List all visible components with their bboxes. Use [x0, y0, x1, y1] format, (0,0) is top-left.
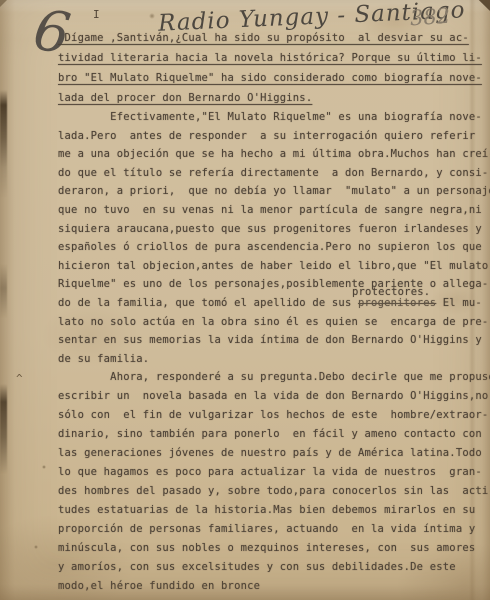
typed-line: y amoríos, con sus excelsitudes y con su…: [58, 558, 484, 577]
typed-line: lada del procer don Bernardo O'Higgins.: [58, 88, 484, 108]
typed-text-block: Dígame ,Santiván,¿Cual ha sido su propós…: [58, 28, 484, 596]
typed-line: dinario, sino también para ponerlo en fá…: [58, 425, 484, 444]
typed-line: me a una objeción que se ha hecho a mi ú…: [58, 145, 484, 164]
answer-paragraph-1a: Efectivamente,"El Mulato Riquelme" es un…: [58, 108, 484, 294]
typed-line: hicieron tal objecion,antes de haber lei…: [58, 257, 484, 276]
question-paragraph: Dígame ,Santiván,¿Cual ha sido su propós…: [58, 28, 484, 108]
section-numeral: I: [93, 8, 100, 21]
typed-line: lada.Pero antes de responder a su interr…: [58, 127, 484, 146]
answer-paragraph-2: Ahora, responderé a su pregunta.Debo dec…: [58, 368, 484, 596]
correction-text-after: El mu-: [436, 297, 482, 309]
struck-word: progenitores: [358, 297, 436, 309]
typed-line: Efectivamente,"El Mulato Riquelme" es un…: [58, 108, 484, 127]
correction-text-before: do de la familia, que tomó el apellido d…: [58, 297, 358, 309]
typed-line: des hombres del pasado y, sobre todo,par…: [58, 482, 484, 501]
insertion-caret-mark: ^: [16, 372, 23, 385]
struck-word-wrap: protectores.progenitores: [358, 294, 436, 313]
typed-line: las generaciones jóvenes de nuestro país…: [58, 444, 484, 463]
typed-line: escribir un novela basada en la vida de …: [58, 387, 484, 406]
handwritten-folio-number: 382: [409, 4, 451, 31]
answer-paragraph-1b: lato no solo actúa en la obra sino él es…: [58, 313, 484, 369]
typed-line: que no tuvo en su venas ni la menor part…: [58, 201, 484, 220]
corrected-line: do de la familia, que tomó el apellido d…: [58, 294, 484, 313]
typed-line: lato no solo actúa en la obra sino él es…: [58, 313, 484, 332]
typed-line: do que el título se refería directamente…: [58, 164, 484, 183]
typed-line: lo que hagamos es poco para actualizar l…: [58, 463, 484, 482]
dark-corner-top-right: [474, 0, 490, 11]
typed-line: de su familia.: [58, 350, 484, 369]
typed-line: bro "El Mulato Riquelme" ha sido conside…: [58, 68, 484, 88]
typed-line: minúscula, con sus nobles o mezquinos in…: [58, 539, 484, 558]
typed-line: siquiera araucana,puesto que sus progeni…: [58, 220, 484, 239]
typed-line: Ahora, responderé a su pregunta.Debo dec…: [58, 368, 484, 387]
dark-corner-top-left: [0, 0, 7, 7]
typed-line: modo,el héroe fundido en bronce: [58, 577, 484, 596]
typed-line: Dígame ,Santiván,¿Cual ha sido su propós…: [58, 28, 484, 48]
typed-line: proporción de personas familiares, actua…: [58, 520, 484, 539]
typed-line: sentar en sus memorias la vida íntima de…: [58, 331, 484, 350]
typed-line: deraron, a priori, que no debía yo llama…: [58, 182, 484, 201]
typed-line: tudes estatuarias de la historia.Mas bie…: [58, 501, 484, 520]
typed-line: españoles ó criollos de pura ascendencia…: [58, 238, 484, 257]
typed-line: sólo con el fin de vulgarizar los hechos…: [58, 406, 484, 425]
scanned-document-page: 6 I Radio Yungay - Santiago 382 ^ Dígame…: [0, 0, 490, 600]
typed-line: tividad literaria hacia la novela histór…: [58, 48, 484, 68]
torn-left-edge: [0, 0, 7, 600]
